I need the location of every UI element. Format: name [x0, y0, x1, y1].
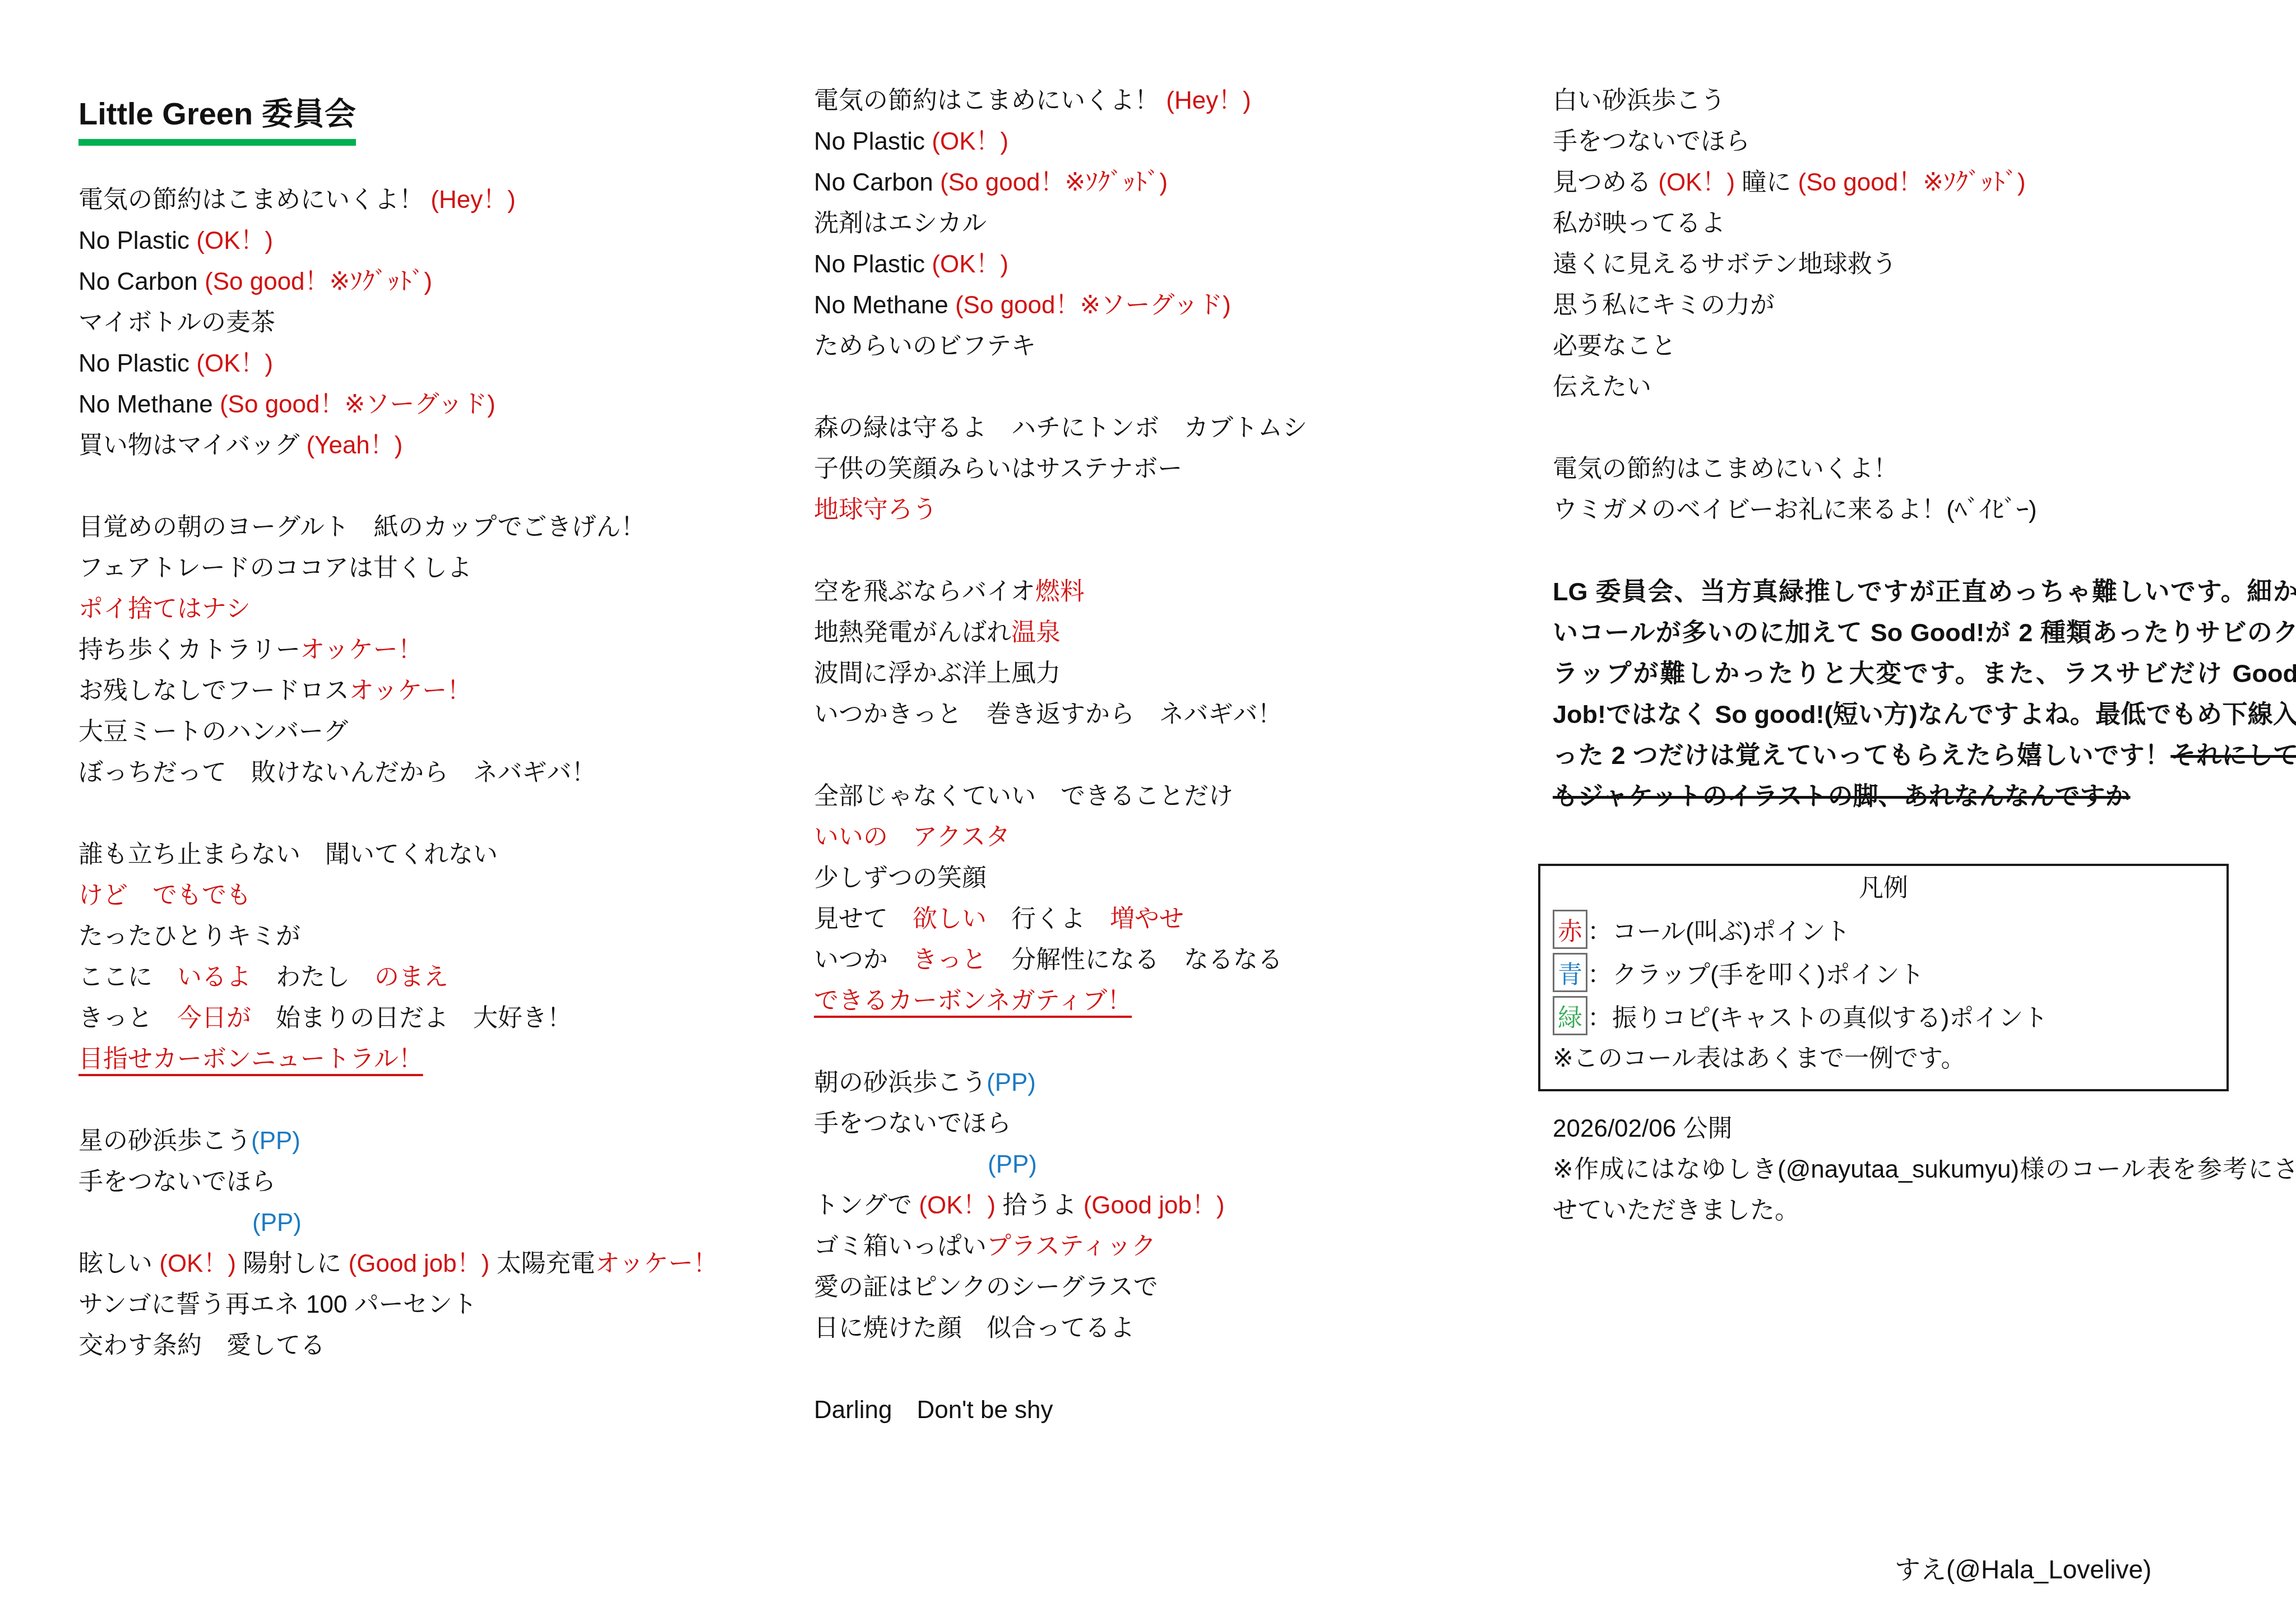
lyric-text: 星の砂浜歩こう: [78, 1127, 251, 1155]
lyric-line: 地熱発電がんばれ温泉: [814, 612, 1436, 653]
lyric-line: サンゴに誓う再エネ 100 パーセント: [78, 1284, 807, 1325]
lyric-text: 眩しい: [78, 1250, 159, 1277]
stanza: 誰も立ち止まらない 聞いてくれないけど でもでもたったひとりキミがここに いるよ…: [78, 834, 807, 1080]
lyric-line: 電気の節約はこまめにいくよ！ (Hey！): [814, 80, 1436, 121]
lyric-text: 少しずつの笑顔: [814, 864, 987, 892]
lyric-line: 星の砂浜歩こう(PP): [78, 1120, 807, 1161]
lyric-text: 手をつないでほら: [1553, 128, 1750, 155]
lyric-text: No Carbon: [78, 268, 205, 295]
lyric-line: 森の緑は守るよ ハチにトンボ カブトムシ: [814, 407, 1436, 448]
lyric-line: ポイ捨てはナシ: [78, 589, 807, 629]
lyric-line: 眩しい (OK！) 陽射しに (Good job！) 太陽充電オッケー！: [78, 1243, 807, 1284]
lyric-text: 始まりの日だよ 大好き！: [251, 1004, 572, 1032]
lyric-line: ウミガメのベイビーお礼に来るよ！(ﾍﾞｲﾋﾞｰ): [1553, 489, 2296, 530]
lyric-text: フェアトレードのココアは甘くしよ: [78, 554, 472, 582]
release-date: 2026/02/06 公開: [1553, 1108, 2296, 1149]
lyric-text: マイボトルの麦茶: [78, 309, 275, 336]
lyric-text: 私が映ってるよ: [1553, 210, 1725, 237]
lyric-line: 白い砂浜歩こう: [1553, 80, 2296, 121]
call-annotation: (Hey！): [1166, 87, 1251, 114]
legend-label: ：コール(叫ぶ)ポイント: [1587, 911, 1850, 947]
lyric-line: お残しなしでフードロスオッケー！: [78, 670, 807, 711]
call-annotation: のまえ: [374, 964, 448, 991]
lyric-line: 交わす条約 愛してる: [78, 1325, 807, 1366]
stanza: 電気の節約はこまめにいくよ！ウミガメのベイビーお礼に来るよ！(ﾍﾞｲﾋﾞｰ): [1553, 448, 2296, 530]
lyric-line: 少しずつの笑顔: [814, 858, 1436, 899]
lyric-line: No Plastic (OK！): [814, 121, 1436, 162]
lyric-line: ゴミ箱いっぱいプラスティック: [814, 1226, 1436, 1267]
lyric-text: 電気の節約はこまめにいくよ！: [814, 87, 1166, 114]
lyric-text: 思う私にキミの力が: [1553, 291, 1775, 319]
call-annotation: (Hey！): [430, 186, 516, 214]
green-swatch: 緑: [1553, 996, 1587, 1035]
lyric-text: 地熱発電がんばれ: [814, 619, 1011, 646]
lyric-text: 遠くに見えるサボテン地球救う: [1553, 251, 1897, 278]
call-annotation: (OK！): [1658, 169, 1735, 196]
lyric-line: 地球守ろう: [814, 489, 1436, 530]
lyric-line: 全部じゃなくていい できることだけ: [814, 776, 1436, 817]
lyric-text: 愛の証はピンクのシーグラスで: [814, 1273, 1158, 1301]
lyric-text: ゴミ箱いっぱい: [814, 1233, 987, 1260]
lyric-text: 白い砂浜歩こう: [1553, 87, 1725, 114]
lyric-line: Darling Don't be shy: [814, 1390, 1436, 1430]
call-annotation: (Good job！): [1084, 1192, 1225, 1219]
legend-title: 凡例: [1553, 869, 2214, 907]
lyric-line: いつかきっと 巻き返すから ネバギバ！: [814, 694, 1436, 735]
stanza: 星の砂浜歩こう(PP)手をつないでほら(PP)眩しい (OK！) 陽射しに (G…: [78, 1120, 807, 1366]
lyric-text: 手をつないでほら: [78, 1168, 276, 1196]
lyric-line: (PP): [814, 1144, 1436, 1185]
call-annotation: 増やせ: [1110, 905, 1184, 933]
lyric-text: ウミガメのベイビーお礼に来るよ！(ﾍﾞｲﾋﾞｰ): [1553, 496, 2037, 524]
lyric-text: No Carbon: [814, 169, 940, 196]
lyric-text: ためらいのビフテキ: [814, 332, 1036, 360]
lyric-text: No Plastic: [78, 227, 196, 254]
lyric-line: けど でもでも: [78, 875, 807, 916]
attribution-note: ※作成にはなゆしき(@nayutaa_sukumyu)様のコール表を参考にさせて…: [1553, 1149, 2296, 1231]
lyric-text: 伝えたい: [1553, 373, 1651, 401]
lyric-text: ここに: [78, 964, 177, 991]
lyric-line: マイボトルの麦茶: [78, 302, 807, 343]
lyric-line: 手をつないでほら: [78, 1161, 807, 1202]
call-annotation: オッケー！: [595, 1250, 718, 1277]
lyric-line: 手をつないでほら: [1553, 121, 2296, 162]
lyric-text: トングで: [814, 1192, 919, 1219]
call-annotation: (So good！※ソーグッド): [955, 291, 1231, 319]
lyric-text: 分解性になる なるなる: [987, 946, 1283, 974]
call-annotation: ポイ捨てはナシ: [78, 595, 251, 623]
lyric-text: 見つめる: [1553, 169, 1658, 196]
lyric-line: 誰も立ち止まらない 聞いてくれない: [78, 834, 807, 875]
lyric-line: No Plastic (OK！): [78, 343, 807, 384]
red-swatch: 赤: [1553, 910, 1587, 949]
call-annotation: (OK！): [932, 251, 1008, 278]
call-annotation: いいの アクスタ: [814, 823, 1010, 851]
lyric-line: 持ち歩くカトラリーオッケー！: [78, 629, 807, 670]
call-annotation: (So good！※ｿｸﾞｯﾄﾞ): [1798, 169, 2026, 196]
call-annotation: 温泉: [1011, 619, 1061, 646]
lyric-line: 愛の証はピンクのシーグラスで: [814, 1267, 1436, 1308]
lyric-text: 波間に浮かぶ洋上風力: [814, 660, 1061, 687]
lyric-line: ぼっちだって 敗けないんだから ネバギバ！: [78, 752, 807, 793]
lyric-text: 目覚めの朝のヨーグルト 紙のカップでごきげん！: [78, 513, 646, 541]
lyric-text: No Plastic: [814, 251, 932, 278]
page-title: Little Green 委員会: [78, 94, 807, 146]
lyric-text: 太陽充電: [489, 1250, 595, 1277]
lyric-text: 洗剤はエシカル: [814, 210, 987, 237]
lyric-text: 拾うよ: [996, 1192, 1083, 1219]
lyric-line: 必要なこと: [1553, 326, 2296, 367]
legend-label: ：クラップ(手を叩く)ポイント: [1587, 955, 1924, 990]
lyric-text: 持ち歩くカトラリー: [78, 636, 300, 664]
call-annotation: 今日が: [177, 1004, 251, 1032]
lyric-line: 目指せカーボンニュートラル！: [78, 1039, 807, 1080]
clap-annotation: (PP): [988, 1151, 1037, 1178]
call-annotation: きっと: [913, 946, 987, 974]
lyric-text: 森の緑は守るよ ハチにトンボ カブトムシ: [814, 414, 1307, 442]
call-annotation: プラスティック: [987, 1233, 1156, 1260]
lyrics-column-middle: 電気の節約はこまめにいくよ！ (Hey！)No Plastic (OK！)No …: [814, 80, 1436, 1471]
lyric-text: たったひとりキミが: [78, 923, 300, 950]
lyric-line: 遠くに見えるサボテン地球救う: [1553, 244, 2296, 285]
stanza: 白い砂浜歩こう手をつないでほら見つめる (OK！) 瞳に (So good！※ｿ…: [1553, 80, 2296, 407]
clap-annotation: (PP): [251, 1127, 300, 1155]
lyric-text: Darling Don't be shy: [814, 1396, 1053, 1424]
legend-note: ※このコール表はあくまで一例です。: [1553, 1037, 2214, 1080]
stanza: 朝の砂浜歩こう(PP)手をつないでほら(PP)トングで (OK！) 拾うよ (G…: [814, 1062, 1436, 1349]
call-annotation: (Good job！): [349, 1250, 490, 1277]
lyric-line: 電気の節約はこまめにいくよ！ (Hey！): [78, 179, 807, 220]
lyric-line: No Methane (So good！※ソーグッド): [78, 384, 807, 425]
call-annotation: できるカーボンネガティブ！: [814, 987, 1132, 1015]
lyric-line: 目覚めの朝のヨーグルト 紙のカップでごきげん！: [78, 507, 807, 548]
lyric-line: 伝えたい: [1553, 367, 2296, 407]
lyric-line: 手をつないでほら: [814, 1103, 1436, 1144]
lyric-text: No Methane: [78, 391, 220, 418]
lyric-text: 大豆ミートのハンバーグ: [78, 718, 348, 745]
lyric-text: 電気の節約はこまめにいくよ！: [78, 186, 430, 214]
lyric-text: わたし: [251, 964, 374, 991]
lyric-line: いいの アクスタ: [814, 817, 1436, 858]
lyric-line: 朝の砂浜歩こう(PP): [814, 1062, 1436, 1103]
lyric-text: 買い物はマイバッグ: [78, 432, 306, 459]
call-annotation: オッケー！: [300, 636, 423, 664]
lyric-text: 空を飛ぶならバイオ: [814, 578, 1035, 605]
lyric-line: フェアトレードのココアは甘くしよ: [78, 548, 807, 589]
stanza: 森の緑は守るよ ハチにトンボ カブトムシ子供の笑顔みらいはサステナボー地球守ろう: [814, 407, 1436, 530]
call-annotation: 目指せカーボンニュートラル！: [78, 1045, 423, 1073]
call-annotation: けど でもでも: [78, 882, 251, 909]
lyric-line: 電気の節約はこまめにいくよ！: [1553, 448, 2296, 489]
blue-swatch: 青: [1553, 953, 1587, 992]
call-annotation: (Yeah！): [306, 432, 402, 459]
clap-annotation: (PP): [987, 1069, 1036, 1096]
lyric-text: 朝の砂浜歩こう: [814, 1069, 987, 1096]
notes-paragraph: LG 委員会、当方真緑推しですが正直めっちゃ難しいです。細かいコールが多いのに加…: [1553, 571, 2296, 817]
call-annotation: (OK！): [196, 227, 273, 254]
lyric-line: ためらいのビフテキ: [814, 326, 1436, 367]
lyric-text: 見せて: [814, 905, 913, 933]
lyrics-column-left: Little Green 委員会電気の節約はこまめにいくよ！ (Hey！)No …: [78, 94, 807, 1407]
author-credit: すえ(@Hala_Lovelive): [1895, 1553, 2151, 1586]
lyric-line: No Plastic (OK！): [78, 220, 807, 261]
lyric-line: No Carbon (So good！※ｿｸﾞｯﾄﾞ): [814, 162, 1436, 203]
lyric-text: No Methane: [814, 291, 955, 319]
lyric-line: いつか きっと 分解性になる なるなる: [814, 939, 1436, 980]
lyric-line: 子供の笑顔みらいはサステナボー: [814, 448, 1436, 489]
lyric-line: きっと 今日が 始まりの日だよ 大好き！: [78, 998, 807, 1039]
stanza: 目覚めの朝のヨーグルト 紙のカップでごきげん！フェアトレードのココアは甘くしよポ…: [78, 507, 807, 793]
lyric-line: 空を飛ぶならバイオ燃料: [814, 571, 1436, 612]
lyric-text: 陽射しに: [236, 1250, 348, 1277]
lyric-line: No Methane (So good！※ソーグッド): [814, 285, 1436, 326]
lyric-text: きっと: [78, 1004, 177, 1032]
legend-label: ：振りコピ(キャストの真似する)ポイント: [1587, 998, 2048, 1034]
lyric-text: 行くよ: [987, 905, 1110, 933]
lyric-text: No Plastic: [78, 350, 196, 377]
legend-box: 凡例赤：コール(叫ぶ)ポイント青：クラップ(手を叩く)ポイント緑：振りコピ(キャ…: [1538, 864, 2229, 1091]
legend-row: 緑：振りコピ(キャストの真似する)ポイント: [1553, 994, 2214, 1037]
call-annotation: (OK！): [196, 350, 273, 377]
lyric-text: No Plastic: [814, 128, 932, 155]
lyric-text: いつか: [814, 946, 913, 974]
call-annotation: いるよ: [177, 964, 251, 991]
stanza: 電気の節約はこまめにいくよ！ (Hey！)No Plastic (OK！)No …: [78, 179, 807, 466]
lyric-line: 波間に浮かぶ洋上風力: [814, 653, 1436, 694]
lyric-text: 子供の笑顔みらいはサステナボー: [814, 455, 1182, 483]
lyric-text: サンゴに誓う再エネ 100 パーセント: [78, 1291, 477, 1318]
lyric-text: 電気の節約はこまめにいくよ！: [1553, 455, 1898, 483]
legend-row: 青：クラップ(手を叩く)ポイント: [1553, 951, 2214, 994]
page-title-text: Little Green 委員会: [78, 94, 356, 146]
lyric-text: 必要なこと: [1553, 332, 1676, 360]
lyric-line: 買い物はマイバッグ (Yeah！): [78, 425, 807, 466]
lyric-line: No Plastic (OK！): [814, 244, 1436, 285]
lyric-text: お残しなしでフードロス: [78, 677, 349, 705]
stanza: 空を飛ぶならバイオ燃料地熱発電がんばれ温泉波間に浮かぶ洋上風力いつかきっと 巻き…: [814, 571, 1436, 735]
lyric-line: 日に焼けた顔 似合ってるよ: [814, 1308, 1436, 1349]
call-annotation: (OK！): [159, 1250, 236, 1277]
lyric-line: No Carbon (So good！※ｿｸﾞｯﾄﾞ): [78, 261, 807, 302]
stanza: Darling Don't be shy: [814, 1390, 1436, 1430]
lyric-text: 全部じゃなくていい できることだけ: [814, 782, 1233, 810]
lyrics-column-right: 白い砂浜歩こう手をつないでほら見つめる (OK！) 瞳に (So good！※ｿ…: [1553, 80, 2296, 1231]
call-annotation: 燃料: [1035, 578, 1085, 605]
call-annotation: (OK！): [932, 128, 1008, 155]
stanza: 電気の節約はこまめにいくよ！ (Hey！)No Plastic (OK！)No …: [814, 80, 1436, 367]
lyric-line: 私が映ってるよ: [1553, 203, 2296, 244]
lyric-text: 日に焼けた顔 似合ってるよ: [814, 1314, 1135, 1342]
lyric-line: 見せて 欲しい 行くよ 増やせ: [814, 899, 1436, 939]
clap-annotation: (PP): [252, 1209, 302, 1236]
lyric-text: 交わす条約 愛してる: [78, 1332, 325, 1359]
lyric-line: ここに いるよ わたし のまえ: [78, 957, 807, 998]
stanza: 全部じゃなくていい できることだけいいの アクスタ少しずつの笑顔見せて 欲しい …: [814, 776, 1436, 1021]
lyric-text: ぼっちだって 敗けないんだから ネバギバ！: [78, 759, 596, 786]
call-annotation: 地球守ろう: [814, 496, 937, 524]
lyric-line: たったひとりキミが: [78, 916, 807, 957]
lyric-text: 手をつないでほら: [814, 1110, 1011, 1137]
lyric-line: 見つめる (OK！) 瞳に (So good！※ｿｸﾞｯﾄﾞ): [1553, 162, 2296, 203]
lyric-text: いつかきっと 巻き返すから ネバギバ！: [814, 701, 1283, 728]
lyric-line: (PP): [78, 1202, 807, 1243]
lyric-line: できるカーボンネガティブ！: [814, 980, 1436, 1021]
call-annotation: (So good！※ｿｸﾞｯﾄﾞ): [205, 268, 432, 295]
lyric-line: トングで (OK！) 拾うよ (Good job！): [814, 1185, 1436, 1226]
call-annotation: (OK！): [919, 1192, 996, 1219]
call-annotation: 欲しい: [913, 905, 987, 933]
lyric-line: 洗剤はエシカル: [814, 203, 1436, 244]
lyric-line: 思う私にキミの力が: [1553, 285, 2296, 326]
lyric-line: 大豆ミートのハンバーグ: [78, 711, 807, 752]
lyric-text: 瞳に: [1735, 169, 1798, 196]
call-annotation: (So good！※ｿｸﾞｯﾄﾞ): [940, 169, 1168, 196]
call-annotation: オッケー！: [349, 677, 472, 705]
call-annotation: (So good！※ソーグッド): [220, 391, 496, 418]
legend-row: 赤：コール(叫ぶ)ポイント: [1553, 907, 2214, 951]
lyric-text: 誰も立ち止まらない 聞いてくれない: [78, 841, 498, 868]
